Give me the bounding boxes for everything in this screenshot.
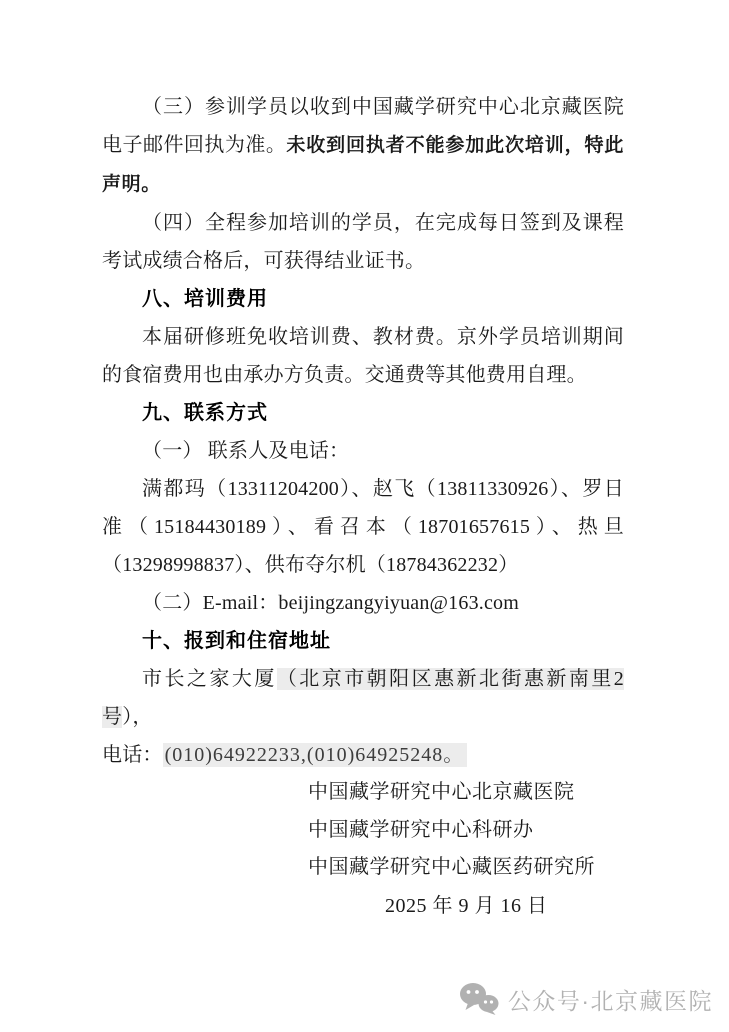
phone-numbers: (010)64922233,(010)64925248。 xyxy=(163,743,468,767)
contact-list: 满都玛（13311204200）、赵飞（13811330926）、罗日准（151… xyxy=(102,470,624,584)
email-line: （二）E-mail：beijingzangyiyuan@163.com xyxy=(102,584,624,622)
phone-label: 电话： xyxy=(102,744,163,766)
signature-block: 中国藏学研究中心北京藏医院 中国藏学研究中心科研办 中国藏学研究中心藏医药研究所 xyxy=(308,774,624,887)
wechat-icon xyxy=(459,982,499,1016)
address-building: 市长之家大厦 xyxy=(142,668,277,690)
phone-line: 电话：(010)64922233,(010)64925248。 xyxy=(102,736,624,774)
document-body: （三）参训学员以收到中国藏学研究中心北京藏医院电子邮件回执为准。未收到回执者不能… xyxy=(102,88,624,926)
section-heading-address: 十、报到和住宿地址 xyxy=(102,622,624,660)
signature-line-research-office: 中国藏学研究中心科研办 xyxy=(308,812,624,850)
watermark-text: 公众号·北京藏医院 xyxy=(508,983,713,1016)
address-line: 市长之家大厦（北京市朝阳区惠新北街惠新南里2号）， xyxy=(102,660,624,736)
date-line: 2025 年 9 月 16 日 xyxy=(385,887,624,926)
paragraph-fees: 本届研修班免收培训费、教材费。京外学员培训期间的食宿费用也由承办方负责。交通费等… xyxy=(102,318,624,394)
contact-label-line: （一） 联系人及电话： xyxy=(102,432,624,470)
footer-watermark: 公众号·北京藏医院 xyxy=(459,982,713,1016)
section-heading-fees: 八、培训费用 xyxy=(102,280,624,318)
signature-line-medicine-institute: 中国藏学研究中心藏医药研究所 xyxy=(308,849,624,887)
paragraph-email-confirmation: （三）参训学员以收到中国藏学研究中心北京藏医院电子邮件回执为准。未收到回执者不能… xyxy=(102,88,624,204)
signature-line-hospital: 中国藏学研究中心北京藏医院 xyxy=(308,774,624,812)
address-closing: ）， xyxy=(122,706,152,728)
section-heading-contact: 九、联系方式 xyxy=(102,394,624,432)
document-page: （三）参训学员以收到中国藏学研究中心北京藏医院电子邮件回执为准。未收到回执者不能… xyxy=(0,0,729,1032)
paragraph-certificate: （四）全程参加培训的学员，在完成每日签到及课程考试成绩合格后，可获得结业证书。 xyxy=(102,204,624,280)
